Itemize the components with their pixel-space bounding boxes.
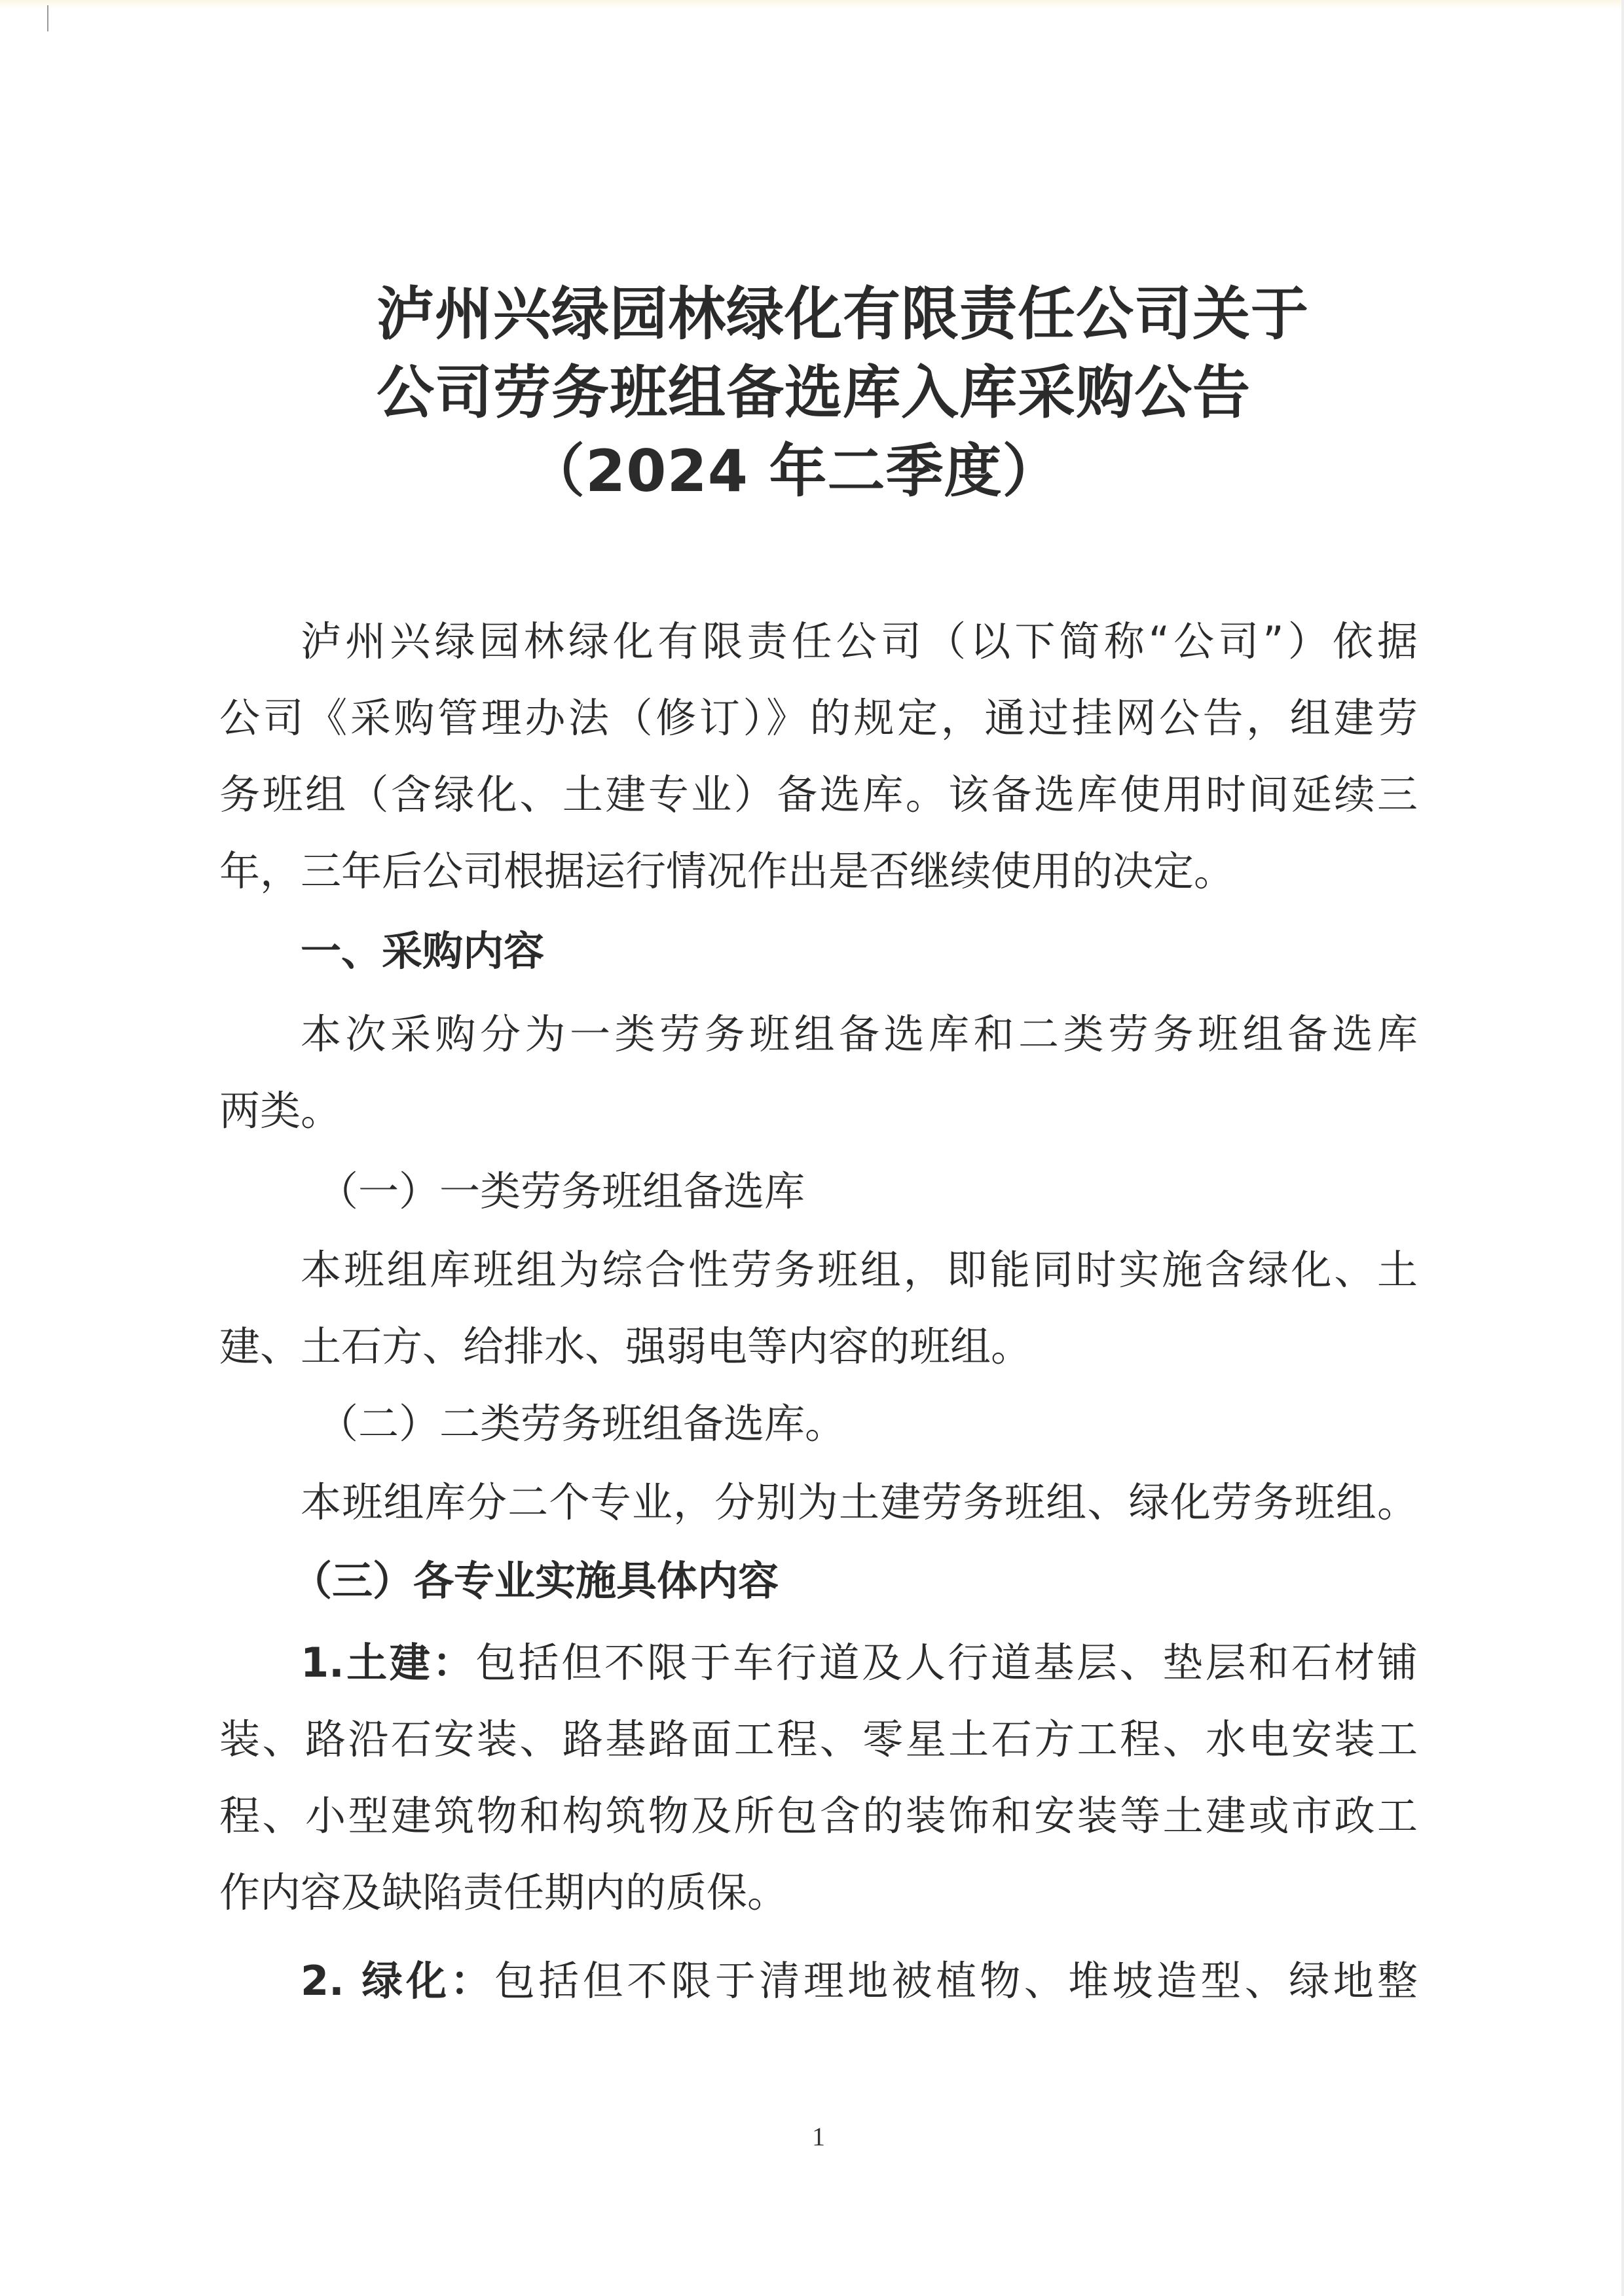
scan-artifact-top bbox=[0, 0, 1624, 9]
item2-text-1: 包括但不限于清理地被植物、堆坡造型、绿地整 bbox=[494, 1957, 1418, 2005]
page-number: 1 bbox=[812, 2121, 825, 2152]
scan-artifact-mark bbox=[47, 5, 48, 31]
item1-line-1: 1.土建：包括但不限于车行道及人行道基层、垫层和石材铺 bbox=[301, 1637, 1418, 1689]
sub1-para-line-1: 本班组库班组为综合性劳务班组，即能同时实施含绿化、土 bbox=[301, 1244, 1418, 1296]
item1-text-1: 包括但不限于车行道及人行道基层、垫层和石材铺 bbox=[475, 1639, 1418, 1686]
intro-line-4: 年，三年后公司根据运行情况作出是否继续使用的决定。 bbox=[219, 845, 1418, 898]
section1-para-line-2: 两类。 bbox=[219, 1085, 1418, 1137]
sub2-para-line-1: 本班组库分二个专业，分别为土建劳务班组、绿化劳务班组。 bbox=[301, 1476, 1418, 1529]
title-line-3: （2024 年二季度） bbox=[527, 439, 1061, 504]
item1-line-3: 程、小型建筑物和构筑物及所包含的装饰和安装等土建或市政工 bbox=[219, 1790, 1418, 1842]
intro-line-3: 务班组（含绿化、土建专业）备选库。该备选库使用时间延续三 bbox=[219, 769, 1418, 821]
title-line-1: 泸州兴绿园林绿化有限责任公司关于 bbox=[377, 282, 1309, 347]
title-line-2: 公司劳务班组备选库入库采购公告 bbox=[377, 360, 1251, 426]
item1-line-2: 装、路沿石安装、路基路面工程、零星土石方工程、水电安装工 bbox=[219, 1713, 1418, 1766]
subsection-heading-specific-content: （三）各专业实施具体内容 bbox=[291, 1555, 1409, 1607]
sub1-para-line-2: 建、土石方、给排水、强弱电等内容的班组。 bbox=[219, 1321, 1418, 1373]
intro-line-1: 泸州兴绿园林绿化有限责任公司（以下简称“公司”）依据 bbox=[301, 615, 1418, 668]
intro-line-2: 公司《采购管理办法（修订）》的规定，通过挂网公告，组建劳 bbox=[219, 692, 1418, 744]
subsection-heading-class-1: （一）一类劳务班组备选库 bbox=[318, 1165, 1435, 1218]
scan-artifact-edge bbox=[1621, 0, 1624, 2296]
item1-line-4: 作内容及缺陷责任期内的质保。 bbox=[219, 1867, 1418, 1919]
section1-para-line-1: 本次采购分为一类劳务班组备选库和二类劳务班组备选库 bbox=[301, 1008, 1418, 1061]
item2-line-1: 2. 绿化：包括但不限于清理地被植物、堆坡造型、绿地整 bbox=[301, 1955, 1418, 2007]
item1-label: 1.土建： bbox=[301, 1639, 475, 1686]
subsection-heading-class-2: （二）二类劳务班组备选库。 bbox=[318, 1398, 1435, 1450]
item2-label: 2. 绿化： bbox=[301, 1957, 494, 2005]
section-heading-procurement-content: 一、采购内容 bbox=[301, 925, 1418, 977]
